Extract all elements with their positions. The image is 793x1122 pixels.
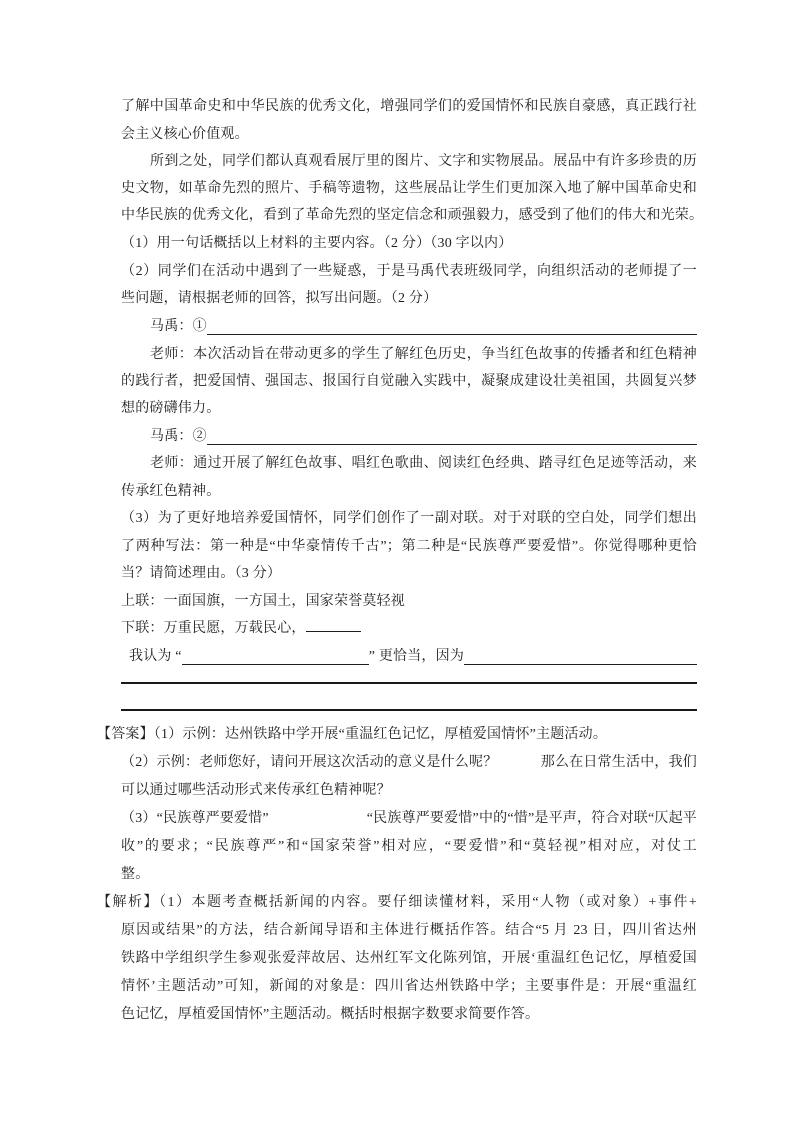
doc-text: 情怀’主题活动”可知，新闻的对象是：四川省达州铁路中学；主要事件是：开展“重温红: [121, 979, 697, 994]
answer-line: 可以通过哪些活动形式来传承红色精神呢？: [121, 777, 697, 805]
doc-text: 我认为 “: [129, 643, 182, 671]
analysis-line: 情怀’主题活动”可知，新闻的对象是：四川省达州铁路中学；主要事件是：开展“重温红: [121, 973, 697, 1001]
fill-in-blank: [207, 313, 697, 335]
dialogue-line: 想的磅礴伟力。: [121, 395, 697, 423]
doc-text: 了两种写法：第一种是“中华豪情传千古”；第二种是“民族尊严要爱惜”。你觉得哪种更…: [121, 539, 697, 554]
doc-text: 整。: [121, 867, 149, 882]
material-text-line: 中华民族的优秀文化，看到了革命先烈的坚定信念和顽强毅力，感受到了他们的伟大和光荣…: [121, 202, 697, 230]
doc-text: 色记忆，厚植爱国情怀”主题活动。概括时根据字数要求简要作答。: [121, 1007, 539, 1022]
analysis-line: 色记忆，厚植爱国情怀”主题活动。概括时根据字数要求简要作答。: [121, 1001, 697, 1029]
dialogue-line: 马禹：①: [150, 313, 697, 341]
doc-text: 史文物，如革命先烈的照片、手稿等遗物，这些展品让学生们更加深入地了解中国革命史和: [121, 181, 697, 196]
dialogue-line: 老师：通过开展了解红色故事、唱红色歌曲、阅读红色经典、踏寻红色足迹等活动，来: [150, 450, 697, 478]
doc-text: 传承红色精神。: [121, 484, 220, 499]
question-line: 当？请简述理由。（3 分）: [121, 560, 697, 588]
doc-text: （3）“民族尊严要爱惜”: [121, 805, 269, 833]
divider-line: [121, 709, 697, 711]
analysis-line: 【解析】（1）本题考查概括新闻的内容。要仔细读懂材料，采用“人物（或对象）+事件…: [97, 889, 697, 917]
material-text-line: 所到之处，同学们都认真观看展厅里的图片、文字和实物展品。展品中有许多珍贵的历: [150, 148, 697, 176]
doc-text: 【答案】（1）示例：达州铁路中学开展“重温红色记忆，厚植爱国情怀”主题活动。: [97, 727, 607, 742]
question-line: （3）为了更好地培养爱国情怀，同学们创作了一副对联。对于对联的空白处，同学们想出: [121, 505, 697, 533]
doc-text: 那么在日常生活中，我们: [541, 749, 697, 777]
doc-text: 马禹：②: [150, 423, 207, 451]
question-line: （1）用一句话概括以上材料的主要内容。（2 分）（30 字以内）: [121, 230, 697, 258]
doc-text: 收”的要求；“民族尊严”和“国家荣誉”相对应，“要爱惜”和“莫轻视”相对应，对仗…: [121, 839, 697, 854]
dialogue-line: 传承红色精神。: [121, 478, 697, 506]
doc-text: 原因或结果”的方法，结合新闻导语和主体进行概括作答。结合“5 月 23 日，四川…: [121, 923, 697, 938]
answer-line: 【答案】（1）示例：达州铁路中学开展“重温红色记忆，厚植爱国情怀”主题活动。: [97, 721, 697, 749]
material-text-line: 了解中国革命史和中华民族的优秀文化，增强同学们的爱国情怀和民族自豪感，真正践行社: [121, 93, 697, 121]
fill-in-blank: [182, 643, 369, 665]
doc-text: 铁路中学组织学生参观张爱萍故居、达州红军文化陈列馆，开展‘重温红色记忆，厚植爱国: [121, 951, 697, 966]
answer-line: 整。: [121, 861, 697, 889]
doc-text: 了解中国革命史和中华民族的优秀文化，增强同学们的爱国情怀和民族自豪感，真正践行社: [121, 99, 697, 114]
analysis-line: 原因或结果”的方法，结合新闻导语和主体进行概括作答。结合“5 月 23 日，四川…: [121, 917, 697, 945]
doc-text: （1）用一句话概括以上材料的主要内容。（2 分）（30 字以内）: [121, 236, 512, 251]
analysis-line: 铁路中学组织学生参观张爱萍故居、达州红军文化陈列馆，开展‘重温红色记忆，厚植爱国: [121, 945, 697, 973]
doc-text: 的践行者，把爱国情、强国志、报国行自觉融入实践中，凝聚成建设壮美祖国，共圆复兴梦: [121, 374, 697, 389]
question-line: 了两种写法：第一种是“中华豪情传千古”；第二种是“民族尊严要爱惜”。你觉得哪种更…: [121, 533, 697, 561]
couplet-line: 上联：一面国旗，一方国土，国家荣誉莫轻视: [121, 588, 697, 616]
couplet-line: 下联：万重民愿，万载民心，: [121, 615, 697, 643]
doc-text: ” 更恰当，因为: [369, 643, 464, 671]
doc-text: 所到之处，同学们都认真观看展厅里的图片、文字和实物展品。展品中有许多珍贵的历: [150, 154, 697, 169]
material-text-line: 会主义核心价值观。: [121, 121, 697, 149]
question-line: （2）同学们在活动中遇到了一些疑惑，于是马禹代表班级同学，向组织活动的老师提了一: [121, 258, 697, 286]
doc-text: 老师：本次活动旨在带动更多的学生了解红色历史，争当红色故事的传播者和红色精神: [150, 347, 697, 362]
doc-text: 当？请简述理由。（3 分）: [121, 566, 281, 581]
doc-text: 可以通过哪些活动形式来传承红色精神呢？: [121, 783, 391, 798]
doc-text: 些问题，请根据老师的回答，拟写出问题。（2 分）: [121, 291, 437, 306]
dialogue-line: 马禹：②: [150, 423, 697, 451]
doc-text: 想的磅礴伟力。: [121, 401, 220, 416]
fill-in-blank: [207, 423, 697, 445]
document-page: 了解中国革命史和中华民族的优秀文化，增强同学们的爱国情怀和民族自豪感，真正践行社…: [0, 0, 793, 1122]
doc-text: 中华民族的优秀文化，看到了革命先烈的坚定信念和顽强毅力，感受到了他们的伟大和光荣…: [121, 208, 703, 223]
doc-text: （2）同学们在活动中遇到了一些疑惑，于是马禹代表班级同学，向组织活动的老师提了一: [121, 264, 697, 279]
fill-in-statement-line: 我认为 “” 更恰当，因为: [129, 643, 697, 671]
question-line: 些问题，请根据老师的回答，拟写出问题。（2 分）: [121, 285, 697, 313]
doc-text: 老师：通过开展了解红色故事、唱红色歌曲、阅读红色经典、踏寻红色足迹等活动，来: [150, 456, 697, 471]
fill-in-blank: [306, 631, 361, 632]
answer-line: 收”的要求；“民族尊严”和“国家荣誉”相对应，“要爱惜”和“莫轻视”相对应，对仗…: [121, 833, 697, 861]
doc-text: 马禹：①: [150, 313, 207, 341]
doc-text: 上联：一面国旗，一方国土，国家荣誉莫轻视: [121, 594, 405, 609]
dialogue-line: 老师：本次活动旨在带动更多的学生了解红色历史，争当红色故事的传播者和红色精神: [150, 341, 697, 369]
doc-text: “民族尊严要爱惜”中的“惜”是平声，符合对联“仄起平: [367, 805, 697, 833]
answer-line: （2）示例：老师您好，请问开展这次活动的意义是什么呢？那么在日常生活中，我们: [121, 749, 697, 777]
doc-text: （3）为了更好地培养爱国情怀，同学们创作了一副对联。对于对联的空白处，同学们想出: [121, 511, 697, 526]
spacer-gap: [497, 749, 540, 770]
doc-text: 下联：万重民愿，万载民心，: [121, 621, 306, 636]
answer-line: （3）“民族尊严要爱惜”“民族尊严要爱惜”中的“惜”是平声，符合对联“仄起平: [121, 805, 697, 833]
doc-text: 会主义核心价值观。: [121, 127, 249, 142]
fill-in-blank: [464, 643, 697, 665]
spacer-gap: [269, 805, 367, 826]
doc-text: （2）示例：老师您好，请问开展这次活动的意义是什么呢？: [121, 749, 497, 777]
dialogue-line: 的践行者，把爱国情、强国志、报国行自觉融入实践中，凝聚成建设壮美祖国，共圆复兴梦: [121, 368, 697, 396]
divider-line: [121, 682, 697, 684]
doc-text: 【解析】（1）本题考查概括新闻的内容。要仔细读懂材料，采用“人物（或对象）+事件…: [97, 895, 697, 910]
material-text-line: 史文物，如革命先烈的照片、手稿等遗物，这些展品让学生们更加深入地了解中国革命史和: [121, 175, 697, 203]
